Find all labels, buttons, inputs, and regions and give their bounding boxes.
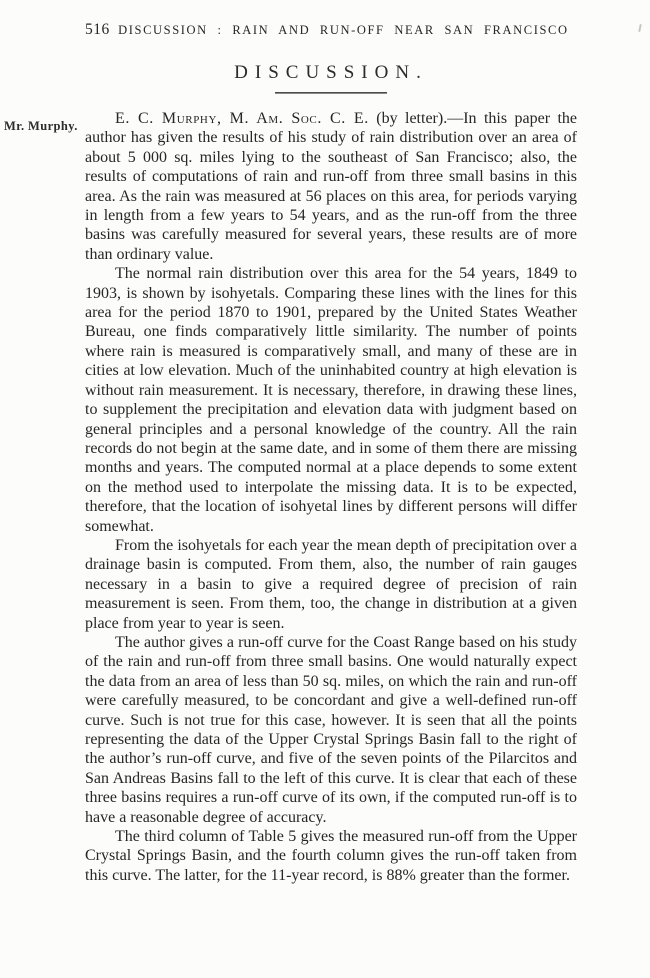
running-header: 516 DISCUSSION : RAIN AND RUN-OFF NEAR S… [85,21,577,39]
paragraph-5: The third column of Table 5 gives the me… [85,827,577,885]
scan-artifact [638,24,642,32]
paragraph-3: From the isohyetals for each year the me… [85,536,577,633]
speaker-name: E. C. Murphy, M. Am. Soc. C. E. [115,110,369,127]
section-title: DISCUSSION. [85,62,577,84]
document-page: 516 DISCUSSION : RAIN AND RUN-OFF NEAR S… [0,0,650,978]
paragraph-4: The author gives a run-off curve for the… [85,633,577,827]
page-content: DISCUSSION. E. C. Murphy, M. Am. Soc. C.… [85,62,577,885]
margin-note-speaker: Mr. Murphy. [4,119,78,134]
title-rule [275,92,387,94]
body-text: E. C. Murphy, M. Am. Soc. C. E. (by lett… [85,109,577,885]
paragraph-1-text: (by letter).—In this paper the author ha… [85,110,577,263]
page-number: 516 [85,21,110,39]
paragraph-1: E. C. Murphy, M. Am. Soc. C. E. (by lett… [85,109,577,264]
running-title: DISCUSSION : RAIN AND RUN-OFF NEAR SAN F… [110,23,577,38]
paragraph-2: The normal rain distribution over this a… [85,264,577,536]
